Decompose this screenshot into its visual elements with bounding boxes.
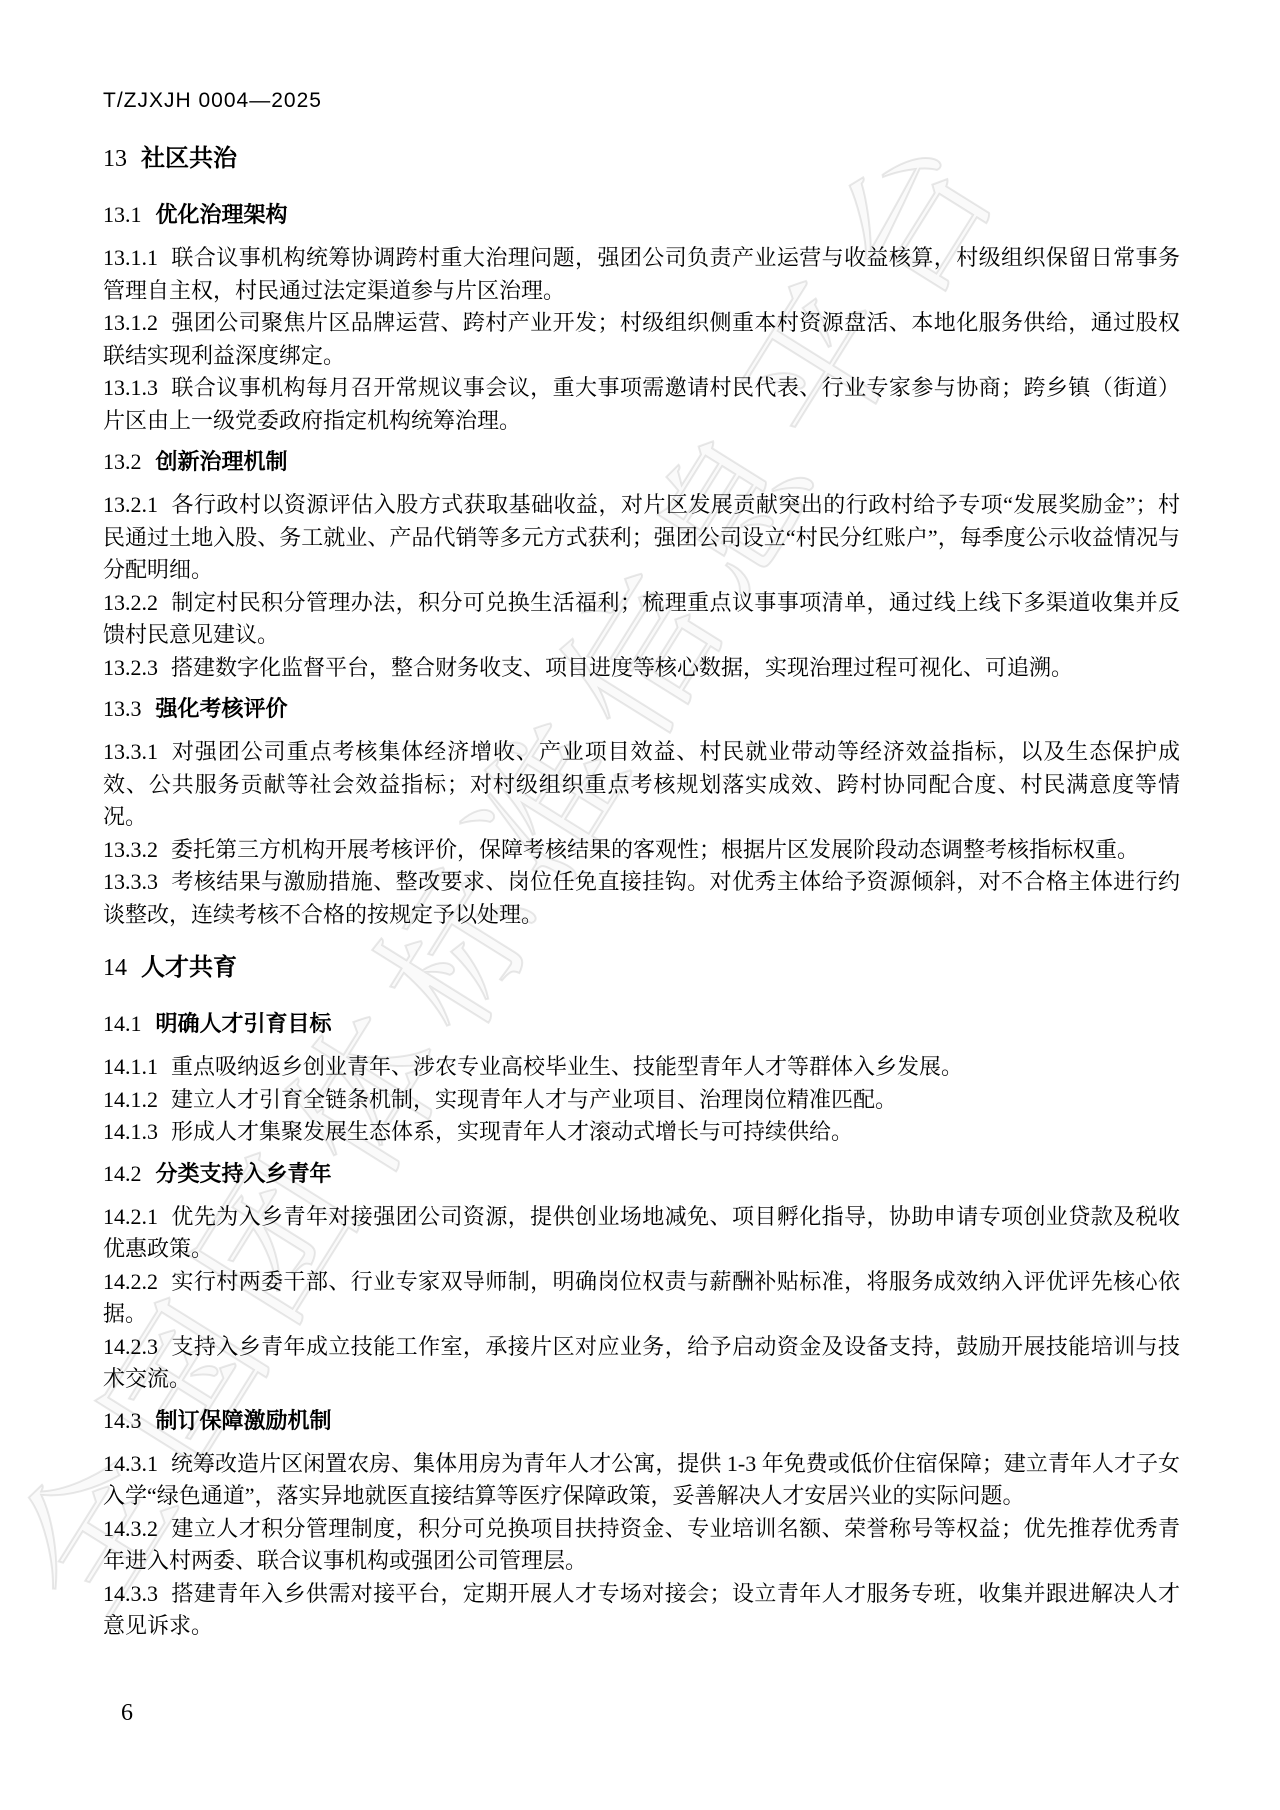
clause-number: 13.3.3 bbox=[103, 869, 158, 894]
clause-text: 搭建青年入乡供需对接平台，定期开展人才专场对接会；设立青年人才服务专班，收集并跟… bbox=[103, 1581, 1180, 1639]
clause: 13.3.1对强团公司重点考核集体经济增收、产业项目效益、村民就业带动等经济效益… bbox=[103, 736, 1180, 834]
section-number: 14.2 bbox=[103, 1161, 142, 1186]
standard-code: T/ZJXJH 0004—2025 bbox=[103, 88, 1180, 114]
clause-number: 13.3.1 bbox=[103, 739, 158, 764]
clause: 14.2.3支持入乡青年成立技能工作室，承接片区对应业务，给予启动资金及设备支持… bbox=[103, 1331, 1180, 1396]
section-heading: 14.3制订保障激励机制 bbox=[103, 1408, 1180, 1434]
clause-text: 形成人才集聚发展生态体系，实现青年人才滚动式增长与可持续供给。 bbox=[171, 1119, 853, 1144]
clause: 14.1.3形成人才集聚发展生态体系，实现青年人才滚动式增长与可持续供给。 bbox=[103, 1116, 1180, 1149]
clause-number: 14.3.2 bbox=[103, 1516, 158, 1541]
clause-text: 制定村民积分管理办法，积分可兑换生活福利；梳理重点议事事项清单，通过线上线下多渠… bbox=[103, 590, 1180, 648]
clause-text: 重点吸纳返乡创业青年、涉农专业高校毕业生、技能型青年人才等群体入乡发展。 bbox=[171, 1054, 963, 1079]
clause: 13.2.2制定村民积分管理办法，积分可兑换生活福利；梳理重点议事事项清单，通过… bbox=[103, 587, 1180, 652]
section-number: 13.3 bbox=[103, 696, 142, 721]
clause-text: 优先为入乡青年对接强团公司资源，提供创业场地减免、项目孵化指导，协助申请专项创业… bbox=[103, 1204, 1180, 1262]
clause-number: 14.2.1 bbox=[103, 1204, 158, 1229]
clause-text: 建立人才引育全链条机制，实现青年人才与产业项目、治理岗位精准匹配。 bbox=[171, 1087, 897, 1112]
clause-text: 联合议事机构每月召开常规议事会议，重大事项需邀请村民代表、行业专家参与协商；跨乡… bbox=[103, 375, 1180, 433]
clause-number: 14.1.2 bbox=[103, 1087, 158, 1112]
clause-number: 14.2.2 bbox=[103, 1269, 158, 1294]
section-number: 13.2 bbox=[103, 449, 142, 474]
section-title: 制订保障激励机制 bbox=[156, 1408, 332, 1433]
clause-number: 13.1.2 bbox=[103, 310, 158, 335]
clause: 14.2.2实行村两委干部、行业专家双导师制，明确岗位权责与薪酬补贴标准，将服务… bbox=[103, 1266, 1180, 1331]
document-page: 全国团体标准信息平台 T/ZJXJH 0004—2025 13社区共治 13.1… bbox=[0, 0, 1280, 1810]
chapter-heading: 13社区共治 bbox=[103, 144, 1180, 174]
clause-number: 13.2.1 bbox=[103, 492, 158, 517]
chapter-title: 人才共育 bbox=[141, 954, 237, 981]
clause-text: 支持入乡青年成立技能工作室，承接片区对应业务，给予启动资金及设备支持，鼓励开展技… bbox=[103, 1334, 1180, 1392]
clause-text: 对强团公司重点考核集体经济增收、产业项目效益、村民就业带动等经济效益指标，以及生… bbox=[103, 739, 1180, 829]
clause-text: 搭建数字化监督平台，整合财务收支、项目进度等核心数据，实现治理过程可视化、可追溯… bbox=[171, 655, 1073, 680]
section-heading: 14.2分类支持入乡青年 bbox=[103, 1161, 1180, 1187]
section-heading: 13.3强化考核评价 bbox=[103, 696, 1180, 722]
clause-text: 委托第三方机构开展考核评价，保障考核结果的客观性；根据片区发展阶段动态调整考核指… bbox=[171, 837, 1139, 862]
section-title: 创新治理机制 bbox=[156, 449, 288, 474]
section-title: 明确人才引育目标 bbox=[156, 1011, 332, 1036]
page-content: T/ZJXJH 0004—2025 13社区共治 13.1优化治理架构 13.1… bbox=[0, 0, 1280, 1643]
clause: 13.3.2委托第三方机构开展考核评价，保障考核结果的客观性；根据片区发展阶段动… bbox=[103, 834, 1180, 867]
clause: 14.3.3搭建青年入乡供需对接平台，定期开展人才专场对接会；设立青年人才服务专… bbox=[103, 1578, 1180, 1643]
clause-number: 13.1.1 bbox=[103, 245, 158, 270]
section-heading: 13.1优化治理架构 bbox=[103, 202, 1180, 228]
section-title: 优化治理架构 bbox=[156, 202, 288, 227]
clause: 13.1.1联合议事机构统筹协调跨村重大治理问题，强团公司负责产业运营与收益核算… bbox=[103, 242, 1180, 307]
section-heading: 14.1明确人才引育目标 bbox=[103, 1011, 1180, 1037]
page-number: 6 bbox=[121, 1700, 133, 1727]
clause-number: 13.1.3 bbox=[103, 375, 158, 400]
clause-number: 14.2.3 bbox=[103, 1334, 158, 1359]
section-number: 13.1 bbox=[103, 202, 142, 227]
clause-text: 建立人才积分管理制度，积分可兑换项目扶持资金、专业培训名额、荣誉称号等权益；优先… bbox=[103, 1516, 1180, 1574]
section-title: 分类支持入乡青年 bbox=[156, 1161, 332, 1186]
clause-text: 强团公司聚焦片区品牌运营、跨村产业开发；村级组织侧重本村资源盘活、本地化服务供给… bbox=[103, 310, 1180, 368]
clause-text: 实行村两委干部、行业专家双导师制，明确岗位权责与薪酬补贴标准，将服务成效纳入评优… bbox=[103, 1269, 1180, 1327]
clause-number: 14.1.1 bbox=[103, 1054, 158, 1079]
chapter-heading: 14人才共育 bbox=[103, 953, 1180, 983]
clause: 13.1.3联合议事机构每月召开常规议事会议，重大事项需邀请村民代表、行业专家参… bbox=[103, 372, 1180, 437]
clause-text: 各行政村以资源评估入股方式获取基础收益，对片区发展贡献突出的行政村给予专项“发展… bbox=[103, 492, 1180, 582]
clause: 13.3.3考核结果与激励措施、整改要求、岗位任免直接挂钩。对优秀主体给予资源倾… bbox=[103, 866, 1180, 931]
clause: 13.1.2强团公司聚焦片区品牌运营、跨村产业开发；村级组织侧重本村资源盘活、本… bbox=[103, 307, 1180, 372]
clause-number: 14.1.3 bbox=[103, 1119, 158, 1144]
section-number: 14.1 bbox=[103, 1011, 142, 1036]
clause: 13.2.1各行政村以资源评估入股方式获取基础收益，对片区发展贡献突出的行政村给… bbox=[103, 489, 1180, 587]
section-number: 14.3 bbox=[103, 1408, 142, 1433]
clause-number: 14.3.3 bbox=[103, 1581, 158, 1606]
clause-text: 考核结果与激励措施、整改要求、岗位任免直接挂钩。对优秀主体给予资源倾斜，对不合格… bbox=[103, 869, 1180, 927]
section-title: 强化考核评价 bbox=[156, 696, 288, 721]
clause: 14.3.2建立人才积分管理制度，积分可兑换项目扶持资金、专业培训名额、荣誉称号… bbox=[103, 1513, 1180, 1578]
clause: 14.2.1优先为入乡青年对接强团公司资源，提供创业场地减免、项目孵化指导，协助… bbox=[103, 1201, 1180, 1266]
clause-number: 13.3.2 bbox=[103, 837, 158, 862]
section-heading: 13.2创新治理机制 bbox=[103, 449, 1180, 475]
chapter-number: 13 bbox=[103, 146, 127, 172]
clause: 14.1.1重点吸纳返乡创业青年、涉农专业高校毕业生、技能型青年人才等群体入乡发… bbox=[103, 1051, 1180, 1084]
clause: 14.1.2建立人才引育全链条机制，实现青年人才与产业项目、治理岗位精准匹配。 bbox=[103, 1084, 1180, 1117]
clause-number: 13.2.3 bbox=[103, 655, 158, 680]
clause: 14.3.1统筹改造片区闲置农房、集体用房为青年人才公寓，提供 1-3 年免费或… bbox=[103, 1448, 1180, 1513]
clause-text: 统筹改造片区闲置农房、集体用房为青年人才公寓，提供 1-3 年免费或低价住宿保障… bbox=[103, 1451, 1180, 1509]
clause-number: 13.2.2 bbox=[103, 590, 158, 615]
clause-number: 14.3.1 bbox=[103, 1451, 158, 1476]
clause-text: 联合议事机构统筹协调跨村重大治理问题，强团公司负责产业运营与收益核算，村级组织保… bbox=[103, 245, 1180, 303]
clause: 13.2.3搭建数字化监督平台，整合财务收支、项目进度等核心数据，实现治理过程可… bbox=[103, 652, 1180, 685]
chapter-number: 14 bbox=[103, 955, 127, 981]
chapter-title: 社区共治 bbox=[141, 145, 237, 172]
